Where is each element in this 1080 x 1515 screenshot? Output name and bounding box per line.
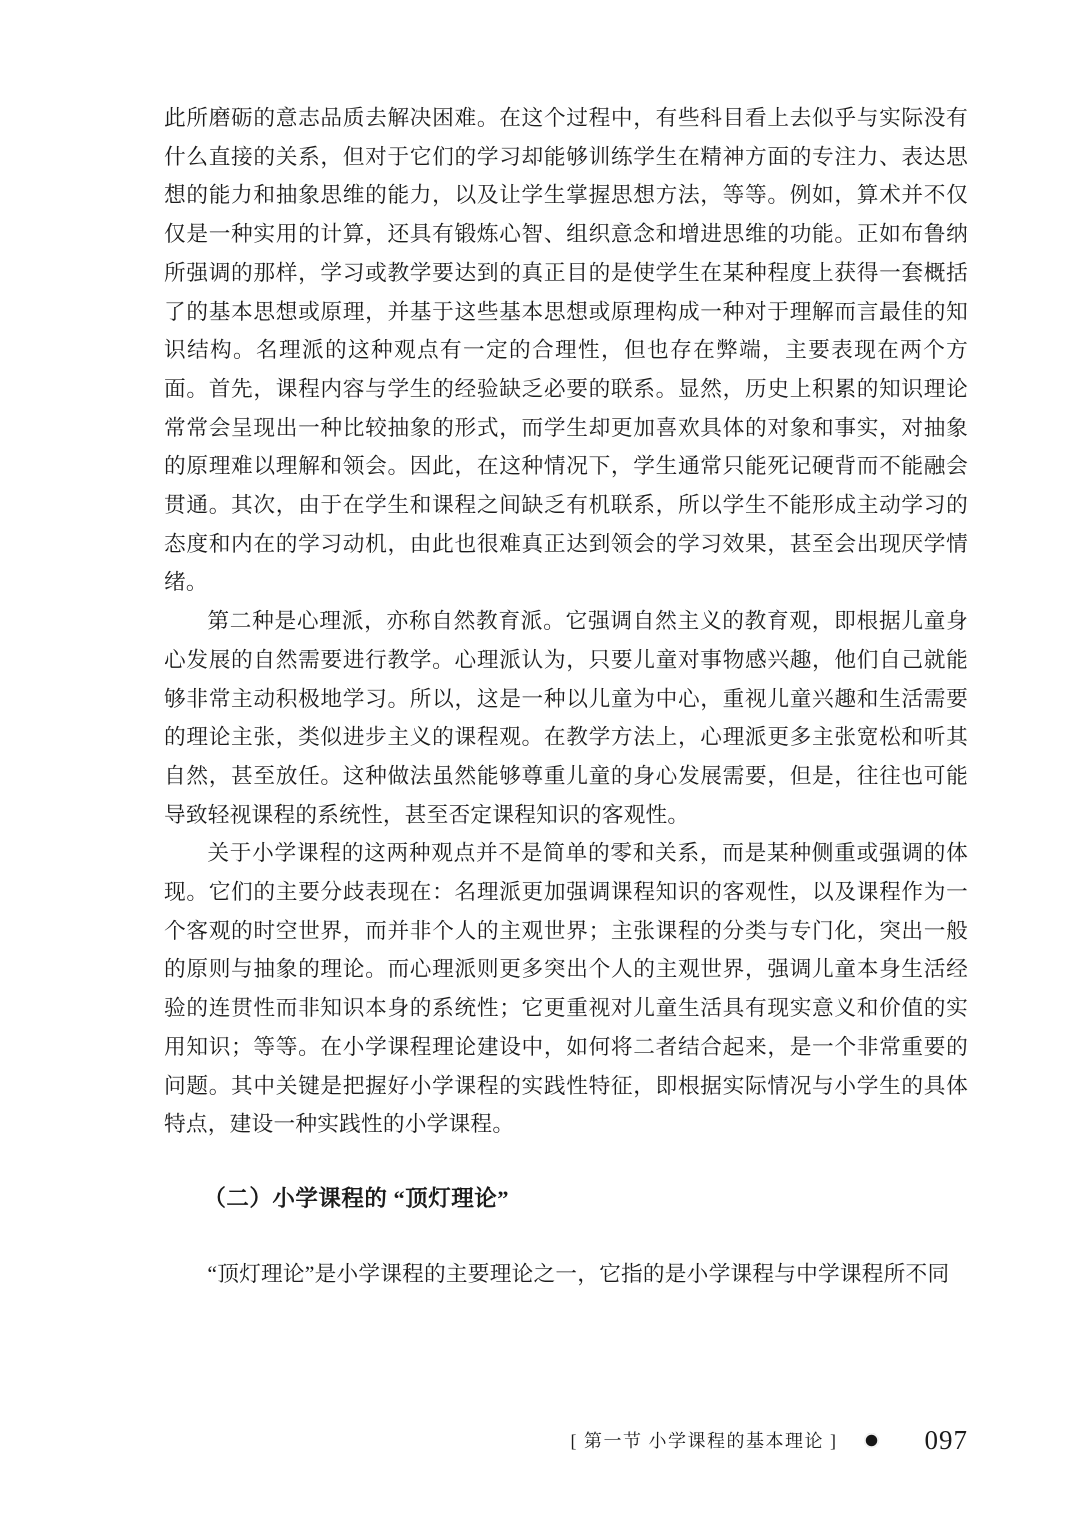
page-number: 097: [925, 1425, 969, 1456]
paragraph-comparison: 关于小学课程的这两种观点并不是简单的零和关系，而是某种侧重或强调的体现。它们的主…: [164, 834, 968, 1144]
section-heading: （二）小学课程的 “顶灯理论”: [164, 1180, 968, 1219]
paragraph-dome-light-theory: “顶灯理论”是小学课程的主要理论之一，它指的是小学课程与中学课程所不同: [164, 1255, 968, 1294]
fisheye-bullet-icon: [864, 1433, 879, 1448]
book-page: 此所磨砺的意志品质去解决困难。在这个过程中，有些科目看上去似乎与实际没有什么直接…: [0, 0, 1080, 1515]
paragraph-psychology-school: 第二种是心理派，亦称自然教育派。它强调自然主义的教育观，即根据儿童身心发展的自然…: [164, 602, 968, 834]
page-footer: [ 第一节 小学课程的基本理论 ] 097: [164, 1424, 968, 1456]
paragraph-mingli-school: 此所磨砺的意志品质去解决困难。在这个过程中，有些科目看上去似乎与实际没有什么直接…: [164, 99, 968, 602]
page-body: 此所磨砺的意志品质去解决困难。在这个过程中，有些科目看上去似乎与实际没有什么直接…: [164, 99, 968, 1293]
footer-section-label: [ 第一节 小学课程的基本理论 ]: [571, 1427, 838, 1453]
